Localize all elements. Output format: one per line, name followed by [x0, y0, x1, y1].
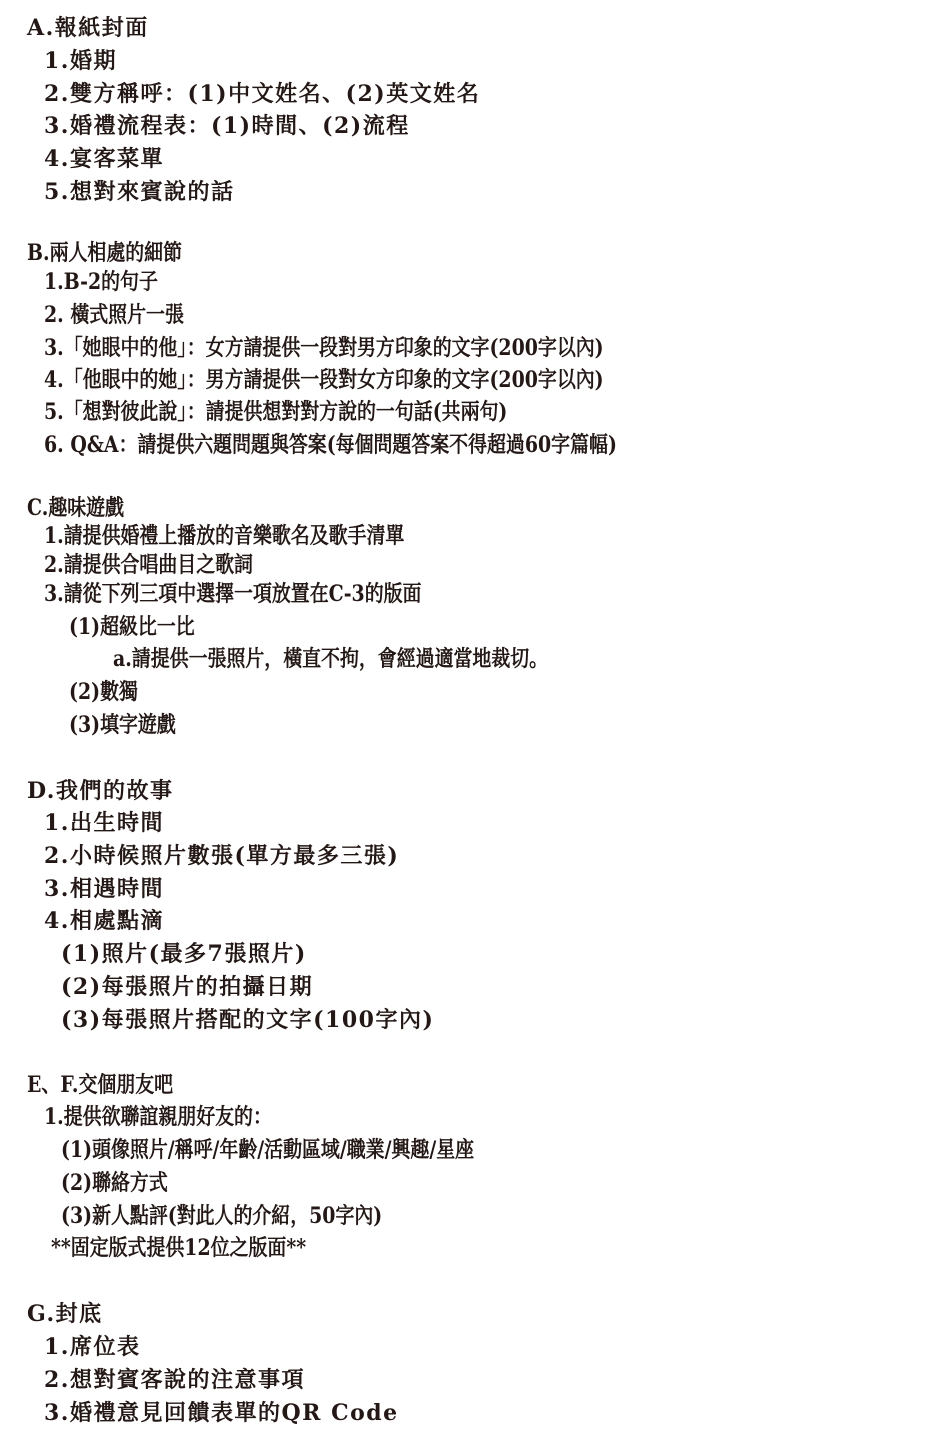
list-item: 4.「他眼中的她」：男方請提供一段對女方印象的文字(200字以內)	[44, 366, 604, 394]
section-heading-c: C.趣味遊戲	[27, 494, 124, 522]
section-heading-a: A.報紙封面	[27, 14, 149, 42]
section-heading-g: G.封底	[27, 1300, 103, 1328]
list-item: 3.相遇時間	[44, 875, 164, 903]
list-item: 5.想對來賓說的話	[44, 178, 234, 206]
list-item: 4.宴客菜單	[44, 145, 164, 173]
list-item: 2.請提供合唱曲目之歌詞	[44, 551, 253, 579]
list-item: 1.提供欲聯誼親朋好友的：	[44, 1103, 272, 1131]
list-item: 1.婚期	[44, 47, 117, 75]
list-item: 3.婚禮意見回饋表單的QR Code	[44, 1399, 399, 1427]
section-heading-b: B.兩人相處的細節	[27, 239, 182, 267]
list-item: 5.「想對彼此說」：請提供想對對方說的一句話(共兩句)	[44, 398, 507, 426]
sub-item: (3)每張照片搭配的文字(100字內)	[61, 1006, 434, 1034]
sub-item: (1)照片(最多7張照片)	[61, 940, 307, 968]
list-item: 4.相處點滴	[44, 907, 164, 935]
list-item: 2. 橫式照片一張	[44, 301, 184, 329]
list-item: 3.請從下列三項中選擇一項放置在C-3的版面	[44, 580, 421, 608]
section-heading-d: D.我們的故事	[27, 777, 173, 805]
list-item: 2.雙方稱呼：(1)中文姓名、(2)英文姓名	[44, 80, 480, 108]
list-item: 3.婚禮流程表：(1)時間、(2)流程	[44, 112, 410, 140]
list-item: 2.想對賓客說的注意事項	[44, 1366, 305, 1394]
sub-item: (2)每張照片的拍攝日期	[61, 973, 313, 1001]
sub-item: (3)新人點評(對此人的介紹，50字內)	[61, 1202, 382, 1230]
list-item: 2.小時候照片數張(單方最多三張)	[44, 842, 399, 870]
section-heading-ef: E、F.交個朋友吧	[27, 1071, 173, 1099]
list-item: 3.「她眼中的他」：女方請提供一段對男方印象的文字(200字以內)	[44, 334, 604, 362]
sub-sub-item: a.請提供一張照片，橫直不拘，會經過適當地裁切。	[113, 645, 548, 673]
sub-item: (1)頭像照片/稱呼/年齡/活動區域/職業/興趣/星座	[61, 1136, 474, 1164]
list-item: 1.出生時間	[44, 809, 164, 837]
sub-item: (3)填字遊戲	[69, 711, 176, 739]
note-fixed-layout: **固定版式提供12位之版面**	[51, 1234, 306, 1262]
list-item: 6. Q&A：請提供六題問題與答案(每個問題答案不得超過60字篇幅)	[44, 431, 617, 459]
sub-item: (1)超級比一比	[69, 613, 195, 641]
sub-item: (2)數獨	[69, 678, 138, 706]
list-item: 1.請提供婚禮上播放的音樂歌名及歌手清單	[44, 522, 404, 550]
list-item: 1.B-2的句子	[44, 268, 158, 296]
sub-item: (2)聯絡方式	[61, 1169, 168, 1197]
list-item: 1.席位表	[44, 1333, 140, 1361]
